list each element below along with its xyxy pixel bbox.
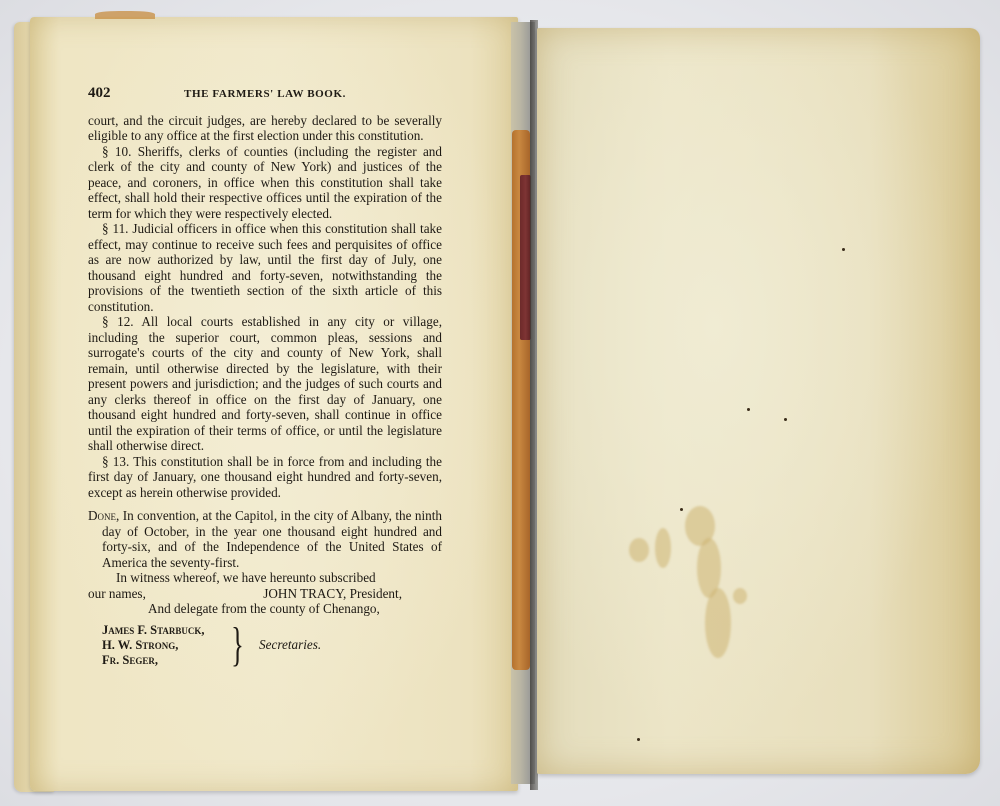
page-tear — [95, 11, 155, 19]
our-names: our names, — [88, 586, 146, 602]
secretary-name: H. W. Strong, — [102, 638, 226, 653]
right-page-blank — [537, 28, 980, 774]
speck — [842, 248, 845, 251]
curly-brace-icon: } — [231, 625, 244, 665]
paragraph-continuation: court, and the circuit judges, are hereb… — [88, 113, 442, 144]
water-stain — [705, 588, 731, 658]
delegate-line: And delegate from the county of Chenango… — [88, 601, 442, 617]
water-stain — [733, 588, 747, 604]
president-signature: JOHN TRACY, President, — [263, 586, 402, 602]
closing-block: Done, In convention, at the Capitol, in … — [88, 508, 442, 668]
speck — [747, 408, 750, 411]
running-head: 402 THE FARMERS' LAW BOOK. — [88, 86, 442, 103]
speck — [680, 508, 683, 511]
speck — [784, 418, 787, 421]
paragraph-section-11: § 11. Judicial officers in office when t… — [88, 221, 442, 314]
secretary-names: James F. Starbuck, H. W. Strong, Fr. Seg… — [102, 623, 226, 668]
running-title: THE FARMERS' LAW BOOK. — [136, 87, 394, 103]
paragraph-section-12: § 12. All local courts established in an… — [88, 314, 442, 454]
speck — [637, 738, 640, 741]
paragraph-section-10: § 10. Sheriffs, clerks of counties (incl… — [88, 144, 442, 222]
page-number: 402 — [88, 86, 136, 102]
witness-line: In witness whereof, we have hereunto sub… — [88, 570, 442, 586]
done-text: In convention, at the Capitol, in the ci… — [102, 508, 442, 570]
printed-text: 402 THE FARMERS' LAW BOOK. court, and th… — [88, 86, 442, 668]
secretary-name: Fr. Seger, — [102, 653, 226, 668]
done-paragraph: Done, In convention, at the Capitol, in … — [88, 508, 442, 570]
paragraph-section-13: § 13. This constitution shall be in forc… — [88, 454, 442, 501]
water-stain — [655, 528, 671, 568]
done-word: Done, — [88, 508, 119, 523]
secretaries-label: Secretaries. — [259, 637, 321, 653]
water-stain — [629, 538, 649, 562]
secretaries-block: James F. Starbuck, H. W. Strong, Fr. Seg… — [88, 623, 442, 668]
secretary-name: James F. Starbuck, — [102, 623, 226, 638]
names-line: our names, JOHN TRACY, President, — [88, 586, 442, 602]
